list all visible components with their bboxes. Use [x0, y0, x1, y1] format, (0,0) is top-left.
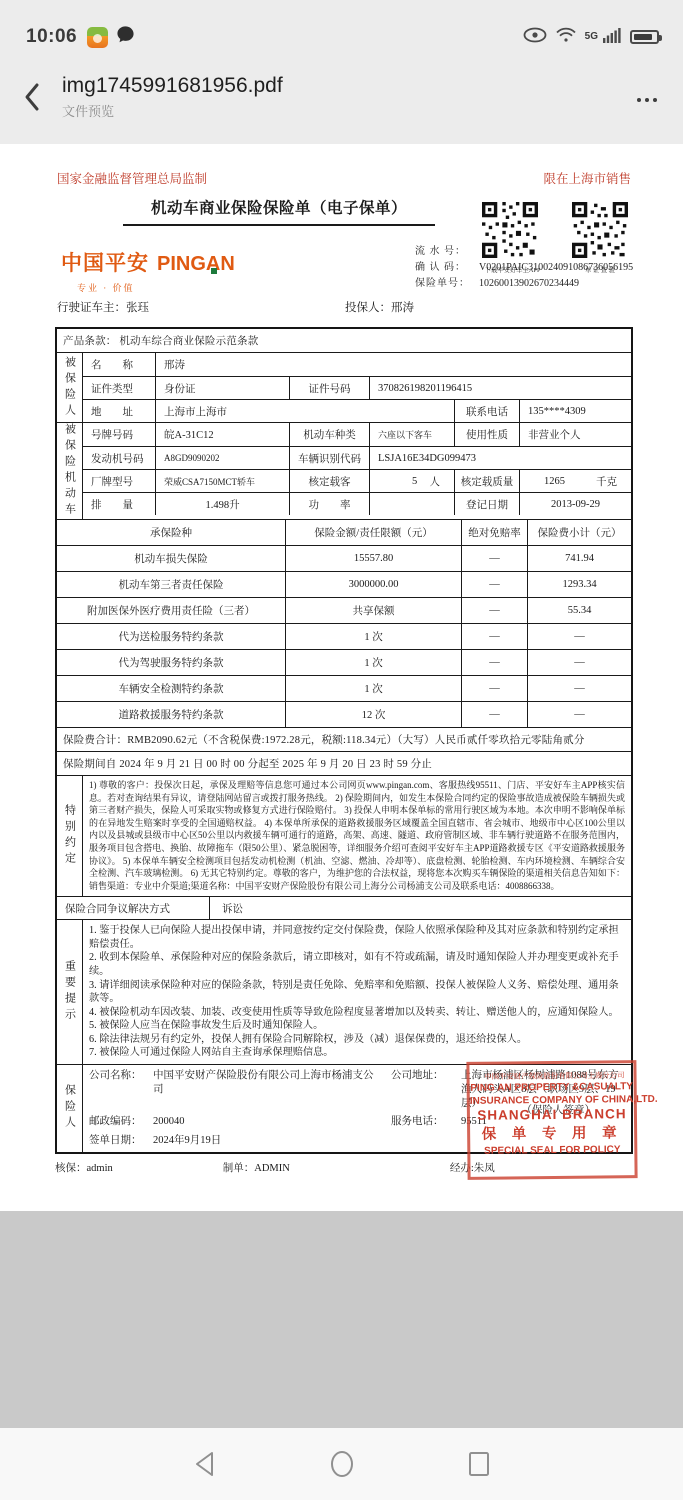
address-value: 上海市上海市: [155, 400, 454, 422]
coverage-row: 机动车损失保险 15557.80 — 741.94: [57, 545, 631, 571]
insured-id-row: 证件类型 身份证 证件号码 370826198201196415: [83, 376, 631, 399]
confirm-value: V0201PAIC310024091086736056195: [479, 262, 633, 273]
id-type-value: 身份证: [155, 377, 289, 399]
insured-vehicle-section: 被保险机动车 号牌号码 皖A-31C12 机动车种类 六座以下客车 使用性质 非…: [57, 422, 631, 519]
plate-value: 皖A-31C12: [155, 423, 289, 446]
usage-value: 非营业个人: [519, 423, 631, 446]
displacement-row: 排 量 1.498升 功 率 登记日期 2013-09-29: [83, 492, 631, 515]
coverage-col-name: 承保险种: [57, 520, 285, 545]
notice-item: 6. 除法律法规另有约定外，投保人拥有保险合同解除权，涉及（减）退保保费的，退还…: [89, 1033, 623, 1047]
insurance-period-row: 保险期间自 2024 年 9 月 21 日 00 时 00 分起至 2025 年…: [57, 751, 631, 775]
policy-no-row: 保险单号：10260013902670234449: [415, 276, 633, 292]
model-label: 厂牌型号: [83, 470, 155, 492]
displacement-value: 1.498升: [155, 493, 289, 515]
message-bubble-icon: [116, 25, 135, 49]
serial-block: 流 水 号： 确 认 码：V0201PAIC310024091086736056…: [415, 244, 633, 292]
product-clause-row: 产品条款： 机动车综合商业保险示范条款: [57, 329, 631, 352]
pdf-document: 国家金融监督管理总局监制 限在上海市销售 机动车商业保险保险单（电子保单） 下载…: [0, 144, 683, 1211]
notice-item: 5. 被保险人应当在保险事故发生后及时通知保险人。: [89, 1019, 623, 1033]
network-type-5g-label: 5G: [585, 32, 598, 42]
notice-item: 4. 被保险机动车因改装、加装、改变使用性质等导致危险程度显著增加以及转卖、转让…: [89, 1006, 623, 1020]
id-no-label: 证件号码: [289, 377, 369, 399]
coverage-row: 附加医保外医疗费用责任险（三者） 共享保额 — 55.34: [57, 597, 631, 623]
vehicle-owner-value: 张珏: [126, 302, 149, 314]
vehicle-owner-label: 行驶证车主：: [57, 302, 126, 314]
notice-item: 2. 收到本保险单、承保险种对应的保险条款后，请立即核对，如有不符或疏漏，请及时…: [89, 951, 623, 978]
vehicle-type-label: 机动车种类: [289, 423, 369, 446]
plate-row: 号牌号码 皖A-31C12 机动车种类 六座以下客车 使用性质 非营业个人: [83, 423, 631, 446]
notice-list: 1. 鉴于投保人已向保险人提出投保申请，并同意按约定交付保险费，保险人依照承保险…: [83, 920, 631, 1064]
signal-bars-icon: [603, 27, 621, 48]
page-subtitle: 文件预览: [62, 101, 631, 120]
insurer-group-label: 保险人: [57, 1065, 83, 1152]
premium-total-row: 保险费合计：RMB2090.62元（不含税保费:1972.28元，税额:118.…: [57, 727, 631, 751]
logo-green-accent: [211, 268, 217, 274]
coverage-row: 车辆安全检测特约条款 1 次 — —: [57, 675, 631, 701]
model-row: 厂牌型号 荣威CSA7150MCT轿车 核定载客 5人 核定载质量 1265千克: [83, 469, 631, 492]
preview-background: [0, 1211, 683, 1428]
nav-home-button[interactable]: [329, 1449, 355, 1479]
notice-group-label: 重要提示: [57, 920, 83, 1064]
notice-item: 1. 鉴于投保人已向保险人提出投保申请，并同意按约定交付保险费，保险人依照承保险…: [89, 924, 623, 951]
dispute-value: 诉讼: [209, 897, 631, 919]
engine-no-value: A8GD9090202: [155, 447, 289, 469]
important-notice-section: 重要提示 1. 鉴于投保人已向保险人提出投保申请，并同意按约定交付保险费，保险人…: [57, 919, 631, 1064]
doc-maker: 制单：ADMIN: [223, 1160, 290, 1175]
special-group-label: 特别约定: [57, 776, 83, 896]
notice-item: 7. 被保险人可通过保险人网站自主查询承保理赔信息。: [89, 1046, 623, 1060]
coverage-row: 机动车第三者责任保险 3000000.00 — 1293.34: [57, 571, 631, 597]
power-label: 功 率: [289, 493, 369, 515]
seats-label: 核定载客: [289, 470, 369, 492]
vin-value: LSJA16E34DG099473: [369, 447, 631, 469]
id-no-value: 370826198201196415: [369, 377, 631, 399]
serial-row: 流 水 号：: [415, 244, 633, 260]
document-header: 国家金融监督管理总局监制 限在上海市销售 机动车商业保险保险单（电子保单） 下载…: [55, 144, 633, 327]
engine-row: 发动机号码 A8GD9090202 车辆识别代码 LSJA16E34DG0994…: [83, 446, 631, 469]
plate-label: 号牌号码: [83, 423, 155, 446]
contact-phone-value: 135****4309: [519, 400, 631, 422]
name-label: 名 称: [83, 353, 155, 376]
dispute-row: 保险合同争议解决方式 诉讼: [57, 896, 631, 919]
app-notification-icon: [87, 27, 108, 48]
reg-date-label: 登记日期: [454, 493, 519, 515]
name-value: 邢涛: [155, 353, 631, 376]
clock: 10:06: [26, 26, 77, 48]
wifi-icon: [556, 27, 576, 48]
insurer-zip: 200040: [153, 1115, 391, 1129]
coverage-col-deductible: 绝对免赔率: [461, 520, 527, 545]
sale-region-note: 限在上海市销售: [543, 169, 631, 187]
logo-english: PINGAN: [157, 253, 235, 276]
coverage-row: 代为驾驶服务特约条款 1 次 — —: [57, 649, 631, 675]
insured-name-row: 名 称 邢涛: [83, 353, 631, 376]
insured-address-row: 地 址 上海市上海市 联系电话 135****4309: [83, 399, 631, 422]
reg-date-value: 2013-09-29: [519, 493, 631, 515]
insured-group-label: 被保险人: [57, 353, 83, 422]
status-bar: 10:06 5G: [0, 0, 683, 58]
load-value: 1265千克: [519, 470, 631, 492]
coverage-row: 代为送检服务特约条款 1 次 — —: [57, 623, 631, 649]
engine-no-label: 发动机号码: [83, 447, 155, 469]
vin-label: 车辆识别代码: [289, 447, 369, 469]
vehicle-group-label: 被保险机动车: [57, 423, 83, 519]
displacement-label: 排 量: [83, 493, 155, 515]
product-clause-label: 产品条款：: [63, 333, 117, 348]
file-title-block: img1745991681956.pdf 文件预览: [62, 74, 631, 120]
policy-no-value: 10260013902670234449: [479, 278, 579, 289]
special-agreement-section: 特别约定 1) 尊敬的客户：投保次日起，承保及理赔等信息您可通过本公司网页www…: [57, 775, 631, 896]
model-value: 荣威CSA7150MCT轿车: [155, 470, 289, 492]
sign-date: 2024年9月19日: [153, 1134, 221, 1148]
seats-value: 5人: [369, 470, 454, 492]
logo-chinese: 中国平安: [61, 247, 149, 277]
contact-phone-label: 联系电话: [454, 400, 519, 422]
product-clause-value: 机动车综合商业保险示范条款: [119, 333, 258, 348]
supervisor-note: 国家金融监督管理总局监制: [57, 169, 207, 187]
coverage-col-premium: 保险费小计（元）: [527, 520, 631, 545]
more-options-button[interactable]: [631, 92, 657, 102]
back-button[interactable]: [22, 81, 42, 113]
android-navigation-bar: [0, 1428, 683, 1500]
usage-label: 使用性质: [454, 423, 519, 446]
id-type-label: 证件类型: [83, 377, 155, 399]
coverage-row: 道路救援服务特约条款 12 次 — —: [57, 701, 631, 727]
company-seal: 中国平安财产保险股份有限公司上海分公司 PING AN PROPERTY &CA…: [466, 1060, 637, 1180]
power-value: [369, 493, 454, 515]
pingan-logo: 中国平安 PINGAN 专业 · 价值: [61, 247, 235, 294]
nav-recents-button[interactable]: [467, 1450, 491, 1478]
eye-protection-icon: [523, 27, 547, 48]
insurer-company: 中国平安财产保险股份有限公司上海市杨浦支公司: [153, 1069, 391, 1112]
file-name: img1745991681956.pdf: [62, 74, 631, 98]
load-label: 核定载质量: [454, 470, 519, 492]
policy-table: 产品条款： 机动车综合商业保险示范条款 被保险人 名 称 邢涛 证件类型 身份证…: [55, 327, 633, 1154]
applicant: 投保人：邢涛: [345, 299, 414, 315]
insured-person-section: 被保险人 名 称 邢涛 证件类型 身份证 证件号码 37082619820119…: [57, 352, 631, 422]
battery-icon: [630, 30, 659, 44]
address-label: 地 址: [83, 400, 155, 422]
confirm-row: 确 认 码：V0201PAIC310024091086736056195: [415, 260, 633, 276]
owner-row: 行驶证车主：张珏 投保人：邢涛: [57, 299, 635, 315]
special-agreement-text: 1) 尊敬的客户：投保次日起，承保及理赔等信息您可通过本公司网页www.ping…: [83, 776, 631, 896]
nav-back-button[interactable]: [193, 1451, 217, 1477]
vehicle-type-value: 六座以下客车: [369, 423, 454, 446]
underwriter: 核保：admin: [55, 1160, 113, 1175]
file-preview-header: img1745991681956.pdf 文件预览: [0, 58, 683, 144]
notice-item: 3. 请详细阅读承保险种对应的保险条款，特别是责任免除、免赔率和免赔额、投保人被…: [89, 979, 623, 1006]
logo-tagline: 专业 · 价值: [77, 281, 235, 294]
dispute-label: 保险合同争议解决方式: [57, 897, 209, 919]
coverage-col-amount: 保险金额/责任限额（元）: [285, 520, 461, 545]
coverage-header-row: 承保险种 保险金额/责任限额（元） 绝对免赔率 保险费小计（元）: [57, 519, 631, 545]
policy-title: 机动车商业保险保险单（电子保单）: [123, 196, 435, 226]
